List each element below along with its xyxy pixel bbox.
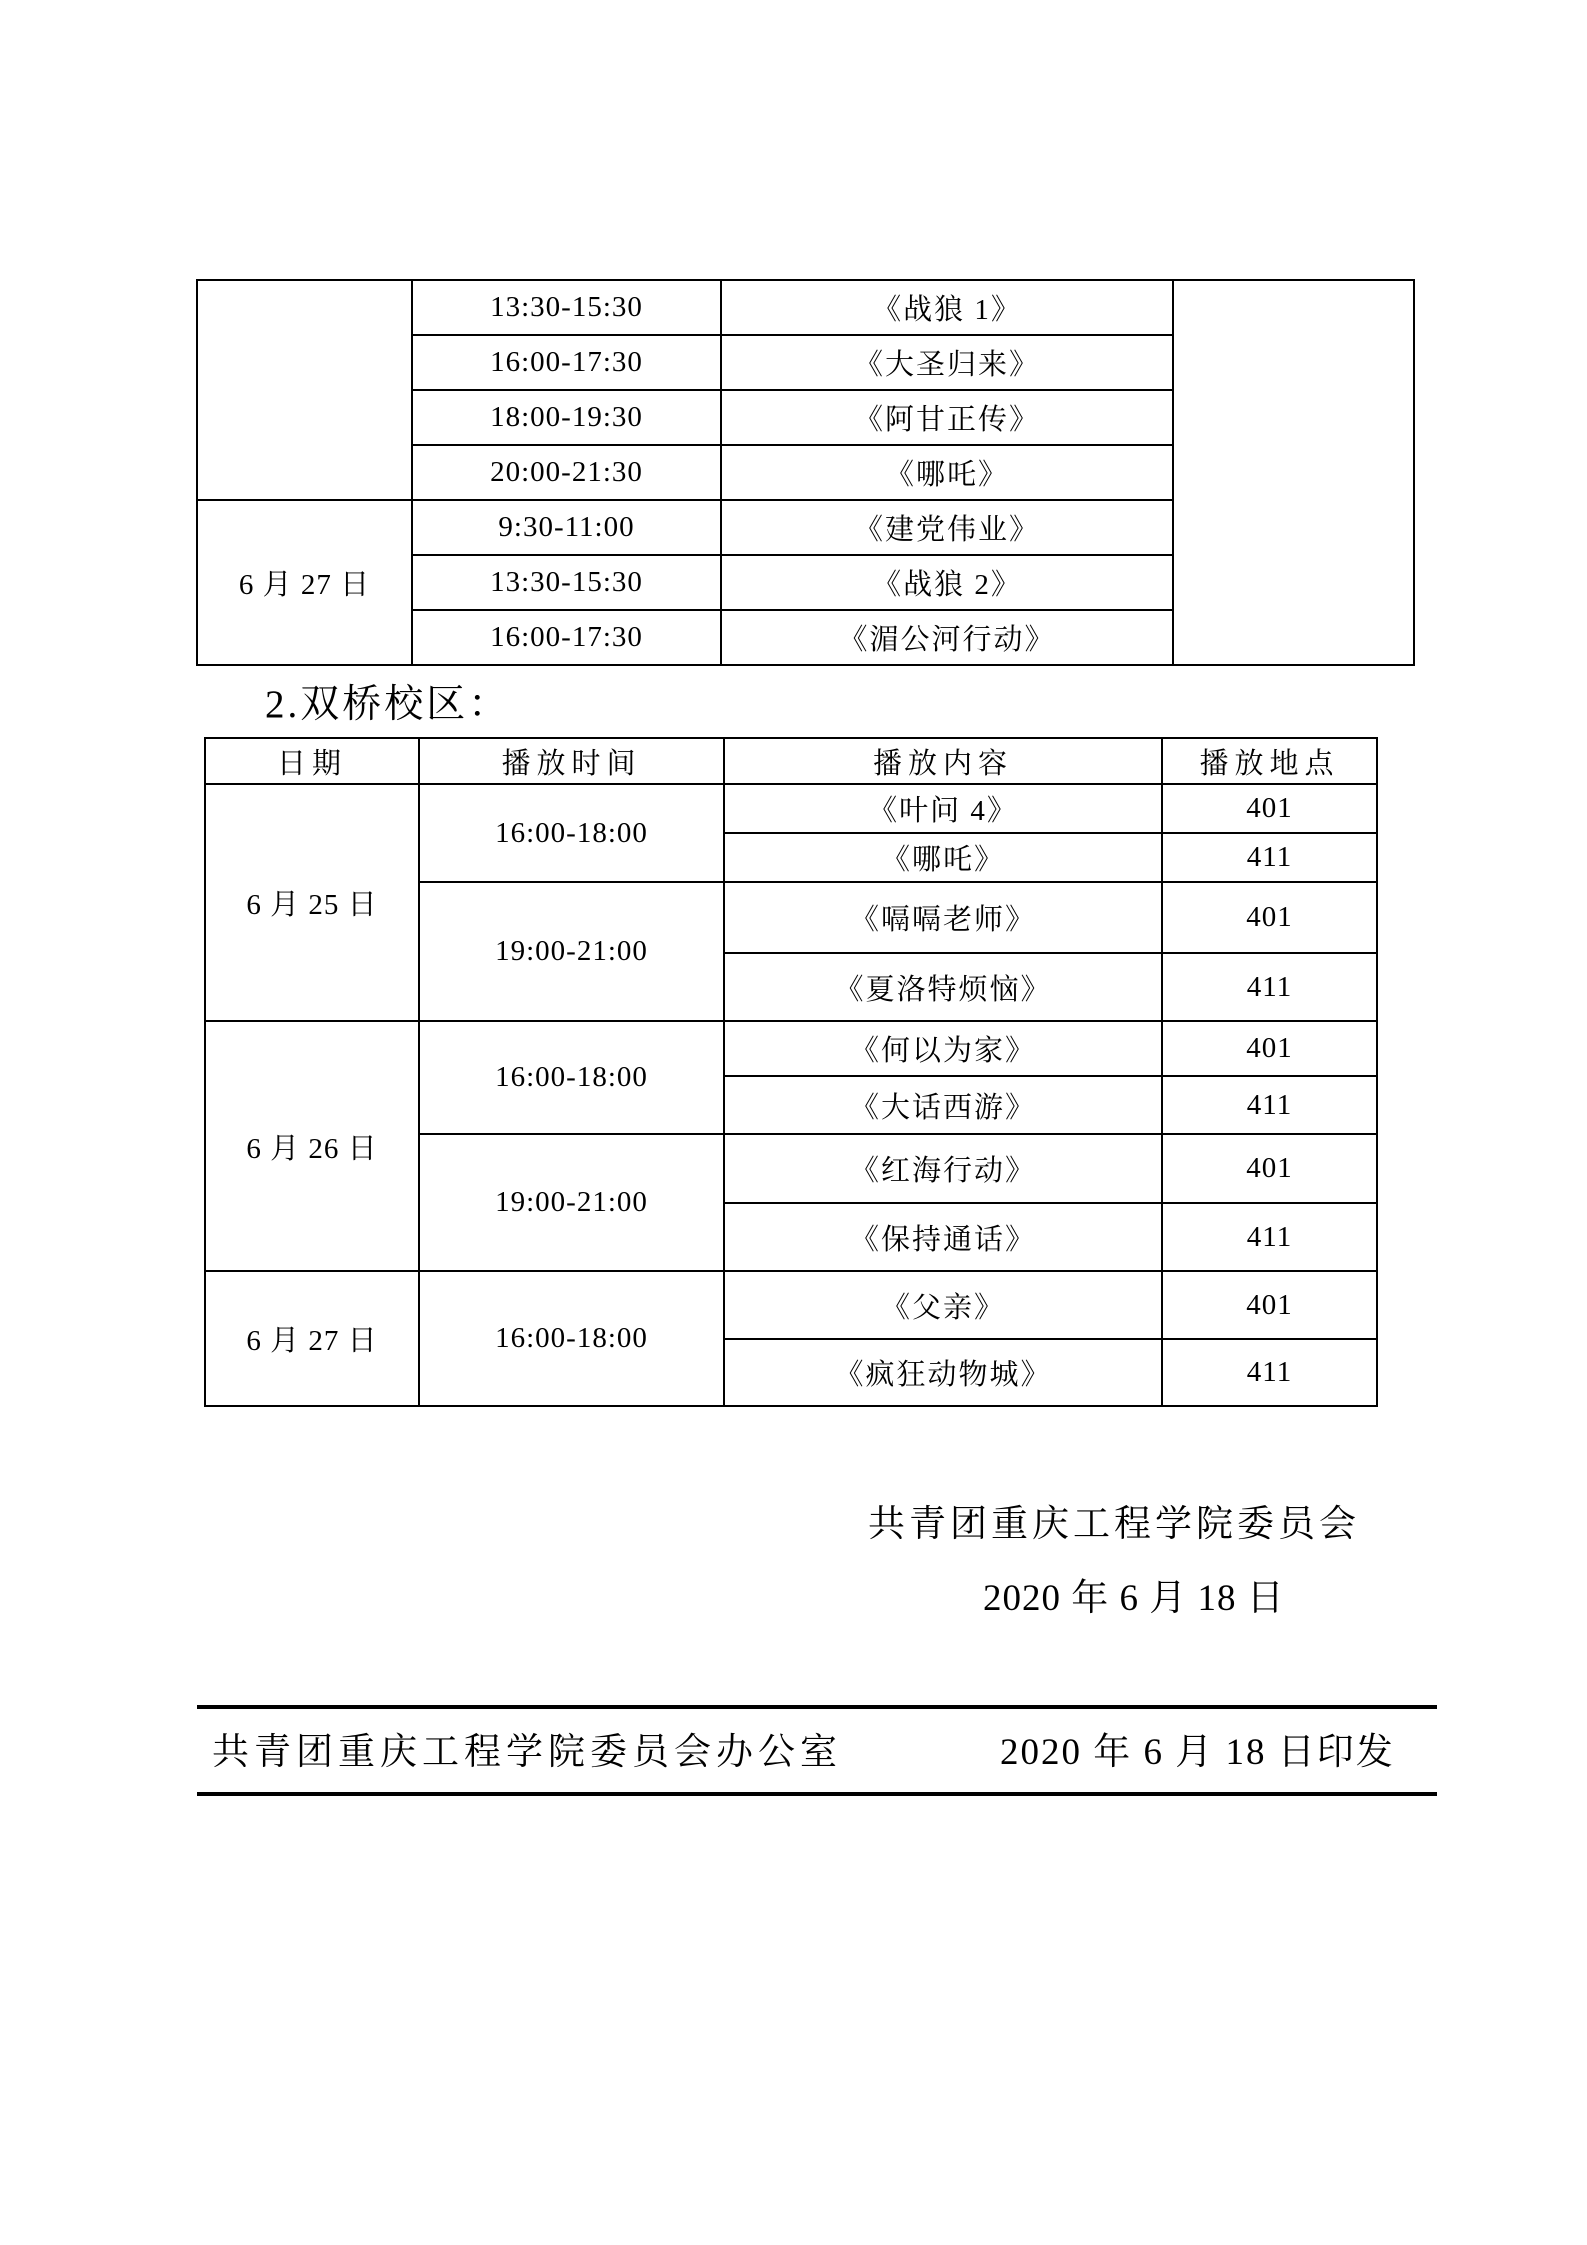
signature-organization: 共青团重庆工程学院委员会 [868,1505,1360,1546]
room-cell: 401 [1162,882,1377,953]
table-row: 6 月 27 日 16:00-18:00 《父亲》 401 [205,1271,1377,1339]
date-cell: 6 月 27 日 [205,1271,419,1406]
date-cell: 6 月 27 日 [197,500,412,665]
room-cell: 411 [1162,1339,1377,1406]
header-cell-location: 播放地点 [1162,738,1377,784]
time-cell: 16:00-18:00 [419,1271,724,1406]
film-title-cell: 《疯狂动物城》 [724,1339,1162,1406]
film-title-cell: 《大圣归来》 [721,335,1173,390]
film-title-cell: 《嗝嗝老师》 [724,882,1162,953]
date-cell: 6 月 25 日 [205,784,419,1021]
room-cell: 401 [1162,784,1377,833]
film-title-cell: 《父亲》 [724,1271,1162,1339]
time-cell: 9:30-11:00 [412,500,721,555]
time-cell: 16:00-18:00 [419,784,724,882]
signature-date: 2020 年 6 月 18 日 [983,1579,1285,1620]
header-cell-content: 播放内容 [724,738,1162,784]
film-title-cell: 《战狼 2》 [721,555,1173,610]
time-cell: 13:30-15:30 [412,555,721,610]
table-row: 6 月 26 日 16:00-18:00 《何以为家》 401 [205,1021,1377,1076]
room-cell: 411 [1162,953,1377,1021]
time-cell: 18:00-19:30 [412,390,721,445]
room-cell: 401 [1162,1021,1377,1076]
film-title-cell: 《建党伟业》 [721,500,1173,555]
film-title-cell: 《夏洛特烦恼》 [724,953,1162,1021]
footer-rule-top [197,1705,1437,1709]
room-cell: 411 [1162,833,1377,882]
campus1-schedule-table: 13:30-15:30 《战狼 1》 16:00-17:30 《大圣归来》 18… [196,279,1415,666]
room-cell: 411 [1162,1076,1377,1134]
film-title-cell: 《哪吒》 [721,445,1173,500]
film-title-cell: 《哪吒》 [724,833,1162,882]
time-cell: 16:00-17:30 [412,335,721,390]
film-title-cell: 《阿甘正传》 [721,390,1173,445]
film-title-cell: 《大话西游》 [724,1076,1162,1134]
room-cell: 401 [1162,1134,1377,1203]
room-cell: 411 [1162,1203,1377,1271]
shuangqiao-campus-schedule-table: 日期 播放时间 播放内容 播放地点 6 月 25 日 16:00-18:00 《… [204,737,1378,1407]
film-title-cell: 《湄公河行动》 [721,610,1173,665]
time-cell: 16:00-18:00 [419,1021,724,1134]
time-cell: 19:00-21:00 [419,1134,724,1271]
time-cell: 16:00-17:30 [412,610,721,665]
side-column-empty-cell [1173,280,1414,665]
film-title-cell: 《何以为家》 [724,1021,1162,1076]
footer-rule-bottom [197,1792,1437,1796]
header-cell-time: 播放时间 [419,738,724,784]
table-header-row: 日期 播放时间 播放内容 播放地点 [205,738,1377,784]
film-title-cell: 《战狼 1》 [721,280,1173,335]
time-cell: 20:00-21:30 [412,445,721,500]
footer-issuing-office: 共青团重庆工程学院委员会办公室 [212,1733,842,1774]
footer-issue-date: 2020 年 6 月 18 日印发 [1000,1733,1395,1774]
date-cell-empty [197,280,412,500]
time-cell: 13:30-15:30 [412,280,721,335]
room-cell: 401 [1162,1271,1377,1339]
time-cell: 19:00-21:00 [419,882,724,1021]
film-title-cell: 《保持通话》 [724,1203,1162,1271]
table-row: 13:30-15:30 《战狼 1》 [197,280,1414,335]
film-title-cell: 《红海行动》 [724,1134,1162,1203]
section-heading-shuangqiao: 2.双桥校区： [265,684,510,727]
document-page: 13:30-15:30 《战狼 1》 16:00-17:30 《大圣归来》 18… [0,0,1587,2245]
header-cell-date: 日期 [205,738,419,784]
date-cell: 6 月 26 日 [205,1021,419,1271]
film-title-cell: 《叶问 4》 [724,784,1162,833]
table-row: 6 月 25 日 16:00-18:00 《叶问 4》 401 [205,784,1377,833]
